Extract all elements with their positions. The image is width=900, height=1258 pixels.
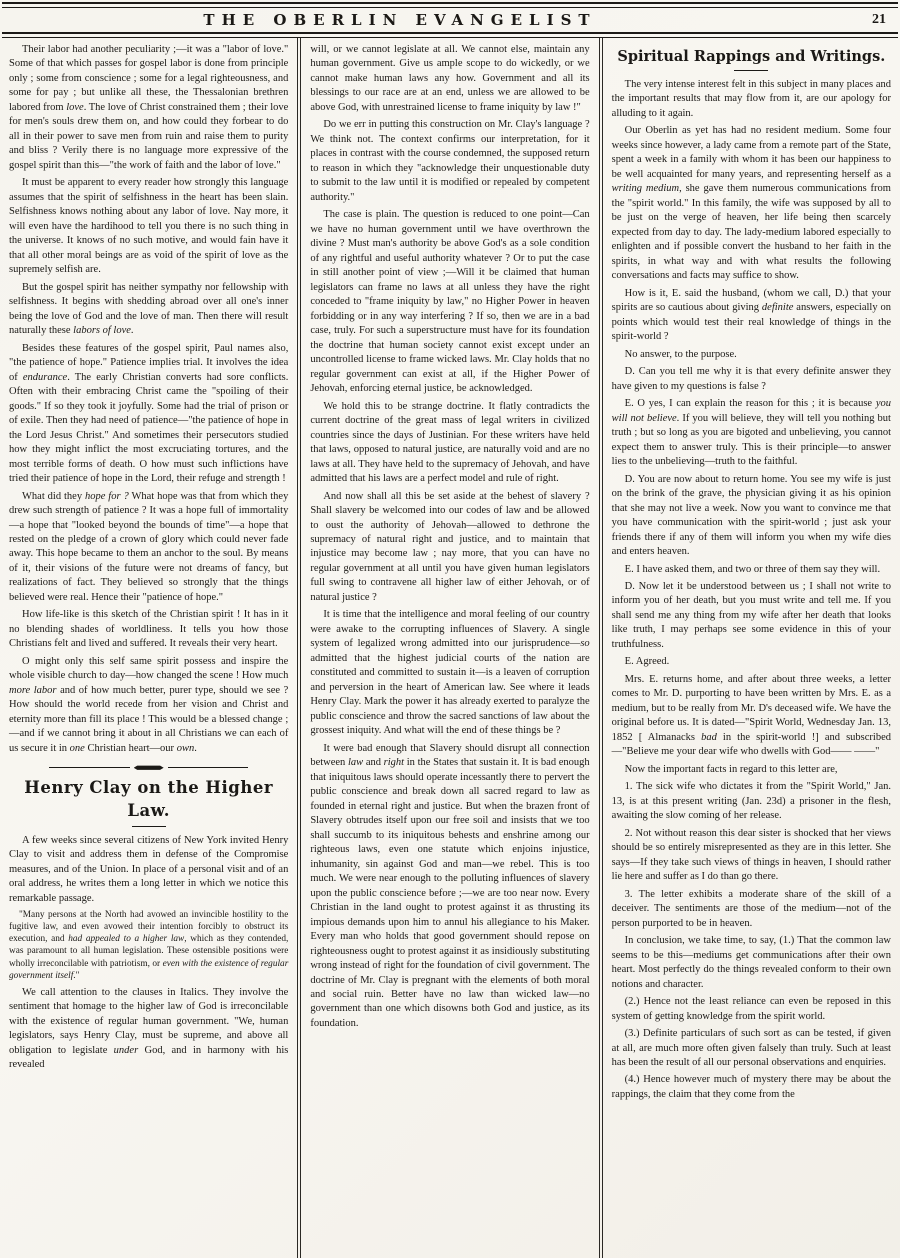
- paragraph: We hold this to be strange doctrine. It …: [310, 400, 589, 487]
- paragraph: But the gospel spirit has neither sympat…: [9, 281, 288, 339]
- paragraph: Do we err in putting this construction o…: [310, 118, 589, 205]
- paragraph: We call attention to the clauses in Ital…: [9, 986, 288, 1073]
- paragraph: In conclusion, we take time, to say, (1.…: [612, 934, 891, 992]
- paragraph: (3.) Definite particulars of such sort a…: [612, 1027, 891, 1070]
- section-divider: [49, 765, 248, 770]
- paragraph: will, or we cannot legislate at all. We …: [310, 43, 589, 115]
- paragraph: And now shall all this be set aside at t…: [310, 490, 589, 606]
- divider-diamond-icon: [134, 765, 164, 770]
- paragraph: 3. The letter exhibits a moderate share …: [612, 888, 891, 931]
- paragraph: E. O yes, I can explain the reason for t…: [612, 397, 891, 469]
- paragraph: E. I have asked them, and two or three o…: [612, 563, 891, 577]
- paragraph: Their labor had another peculiarity ;—it…: [9, 43, 288, 173]
- paragraph: E. Agreed.: [612, 655, 891, 669]
- paragraph: 2. Not without reason this dear sister i…: [612, 827, 891, 885]
- block-quote: "Many persons at the North had avowed an…: [9, 909, 288, 981]
- paragraph: The very intense interest felt in this s…: [612, 78, 891, 121]
- paragraph: A few weeks since several citizens of Ne…: [9, 834, 288, 906]
- article-heading-spiritual-rappings: Spiritual Rappings and Writings.: [612, 47, 891, 67]
- paragraph: The case is plain. The question is reduc…: [310, 208, 589, 396]
- newspaper-title: THE OBERLIN EVANGELIST: [0, 11, 800, 29]
- column-3: Spiritual Rappings and Writings. The ver…: [603, 38, 900, 1258]
- paragraph: Mrs. E. returns home, and after about th…: [612, 673, 891, 760]
- heading-rule: [734, 70, 768, 71]
- paragraph: Now the important facts in regard to thi…: [612, 763, 891, 777]
- paragraph: 1. The sick wife who dictates it from th…: [612, 780, 891, 823]
- paragraph: (4.) Hence however much of mystery there…: [612, 1073, 891, 1102]
- paragraph: No answer, to the purpose.: [612, 348, 891, 362]
- paragraph: It must be apparent to every reader how …: [9, 176, 288, 277]
- page-number: 21: [872, 12, 886, 28]
- paragraph: Besides these features of the gospel spi…: [9, 342, 288, 487]
- newspaper-page: THE OBERLIN EVANGELIST 21 Their labor ha…: [0, 0, 900, 1258]
- paragraph: What did they hope for ? What hope was t…: [9, 490, 288, 606]
- column-2: will, or we cannot legislate at all. We …: [301, 38, 598, 1258]
- column-layout: Their labor had another peculiarity ;—it…: [0, 38, 900, 1258]
- paragraph: D. Now let it be understood between us ;…: [612, 580, 891, 652]
- paragraph: (2.) Hence not the least reliance can ev…: [612, 995, 891, 1024]
- paragraph: D. Can you tell me why it is that every …: [612, 365, 891, 394]
- paragraph: How is it, E. said the husband, (whom we…: [612, 287, 891, 345]
- article-heading-henry-clay: Henry Clay on the Higher Law.: [9, 777, 288, 823]
- masthead-row: THE OBERLIN EVANGELIST 21: [0, 8, 900, 32]
- heading-rule: [132, 826, 166, 827]
- paragraph: O might only this self same spirit posse…: [9, 655, 288, 756]
- paragraph: It is time that the intelligence and mor…: [310, 608, 589, 738]
- masthead: THE OBERLIN EVANGELIST 21: [0, 0, 900, 38]
- paragraph: How life-like is this sketch of the Chri…: [9, 608, 288, 651]
- paragraph: It were bad enough that Slavery should d…: [310, 742, 589, 1032]
- column-1: Their labor had another peculiarity ;—it…: [0, 38, 297, 1258]
- paragraph: D. You are now about to return home. You…: [612, 473, 891, 560]
- paragraph: Our Oberlin as yet has had no resident m…: [612, 124, 891, 283]
